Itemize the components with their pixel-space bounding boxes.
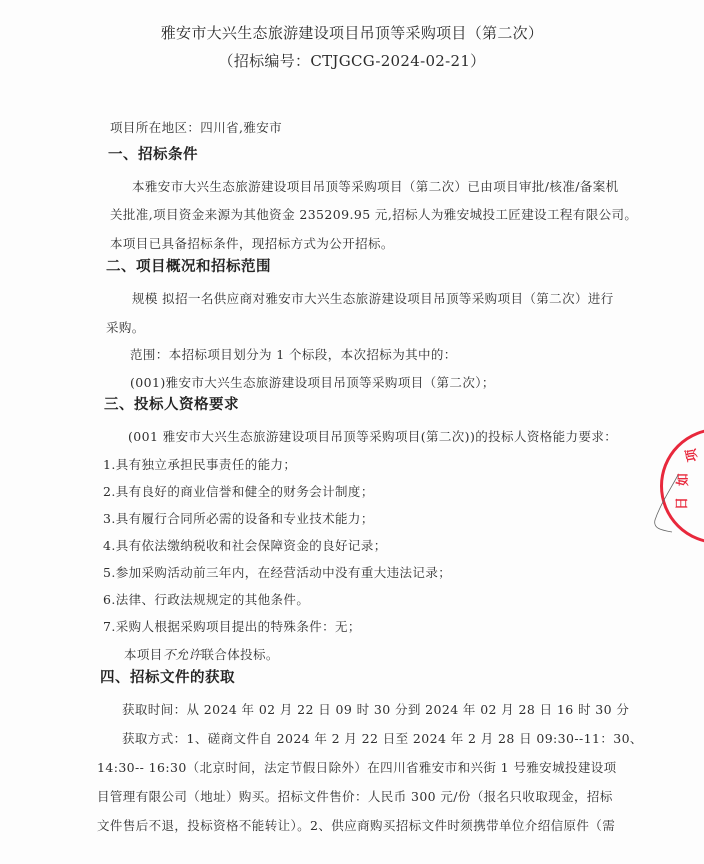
section-2-line: 采购。 [106,318,145,336]
qualification-item: 7.采购人根据采购项目提出的特殊条件：无； [103,617,361,635]
section-2-line: 范围：本招标项目划分为 1 个标段，本次招标为其中的： [130,345,457,363]
qualification-item: 5.参加采购活动前三年内，在经营活动中没有重大违法记录； [103,563,451,581]
qualification-item: 3.具有履行合同所必需的设备和专业技术能力； [103,509,374,527]
consortium-note: 本项目不允许联合体投标。 [124,645,279,663]
qualification-item: 2.具有良好的商业信誉和健全的财务会计制度； [103,482,374,500]
signature-stroke-icon [650,470,680,540]
document-title: 雅安市大兴生态旅游建设项目吊顶等采购项目（第二次） [0,22,704,43]
section-2-line: (001)雅安市大兴生态旅游建设项目吊顶等采购项目（第二次）； [130,373,495,391]
document-page: 雅安市大兴生态旅游建设项目吊顶等采购项目（第二次） （招标编号：CTJGCG-2… [0,0,704,864]
acquisition-method-cont: 文件售后不退，投标资格不能转让）。2、供应商购买招标文件时须携带单位介绍信原件（… [97,816,615,834]
acquisition-method: 获取方式：1、磋商文件自 2024 年 2 月 22 日至 2024 年 2 月… [122,729,643,747]
consortium-prefix: 本项目 [124,647,163,662]
consortium-not-allowed: 不允许 [163,647,202,662]
qualification-item: 6.法律、行政法规规定的其他条件。 [103,590,309,608]
project-region: 项目所在地区：四川省,雅安市 [110,118,282,136]
section-1-line: 本项目已具备招标条件，现招标方式为公开招标。 [110,234,394,252]
qualification-item: 1.具有独立承担民事责任的能力； [103,455,296,473]
section-2-line: 规模 拟招一名供应商对雅安市大兴生态旅游建设项目吊顶等采购项目（第二次）进行 [132,289,614,307]
acquisition-method-cont: 14:30-- 16:30（北京时间，法定节假日除外）在四川省雅安市和兴街 1 … [97,758,617,776]
qualification-item: 4.具有依法缴纳税收和社会保障资金的良好记录； [103,536,387,554]
consortium-suffix: 联合体投标。 [201,647,278,662]
acquisition-time: 获取时间：从 2024 年 02 月 22 日 09 时 30 分到 2024 … [122,700,629,718]
tender-number: （招标编号：CTJGCG-2024-02-21） [0,50,704,71]
section-1-line: 关批准,项目资金来源为其他资金 235209.95 元,招标人为雅安城投工匠建设… [110,205,637,223]
section-3-line: (001 雅安市大兴生态旅游建设项目吊顶等采购项目(第二次))的投标人资格能力要… [128,427,617,445]
section-2-heading: 二、项目概况和招标范围 [106,255,271,276]
section-3-heading: 三、投标人资格要求 [104,393,239,414]
acquisition-method-cont: 目管理有限公司（地址）购买。招标文件售价：人民币 300 元/份（报名只收取现金… [97,787,613,805]
section-1-line: 本雅安市大兴生态旅游建设项目吊顶等采购项目（第二次）已由项目审批/核准/备案机 [132,177,619,195]
section-4-heading: 四、招标文件的获取 [100,666,235,687]
section-1-heading: 一、招标条件 [108,143,198,164]
